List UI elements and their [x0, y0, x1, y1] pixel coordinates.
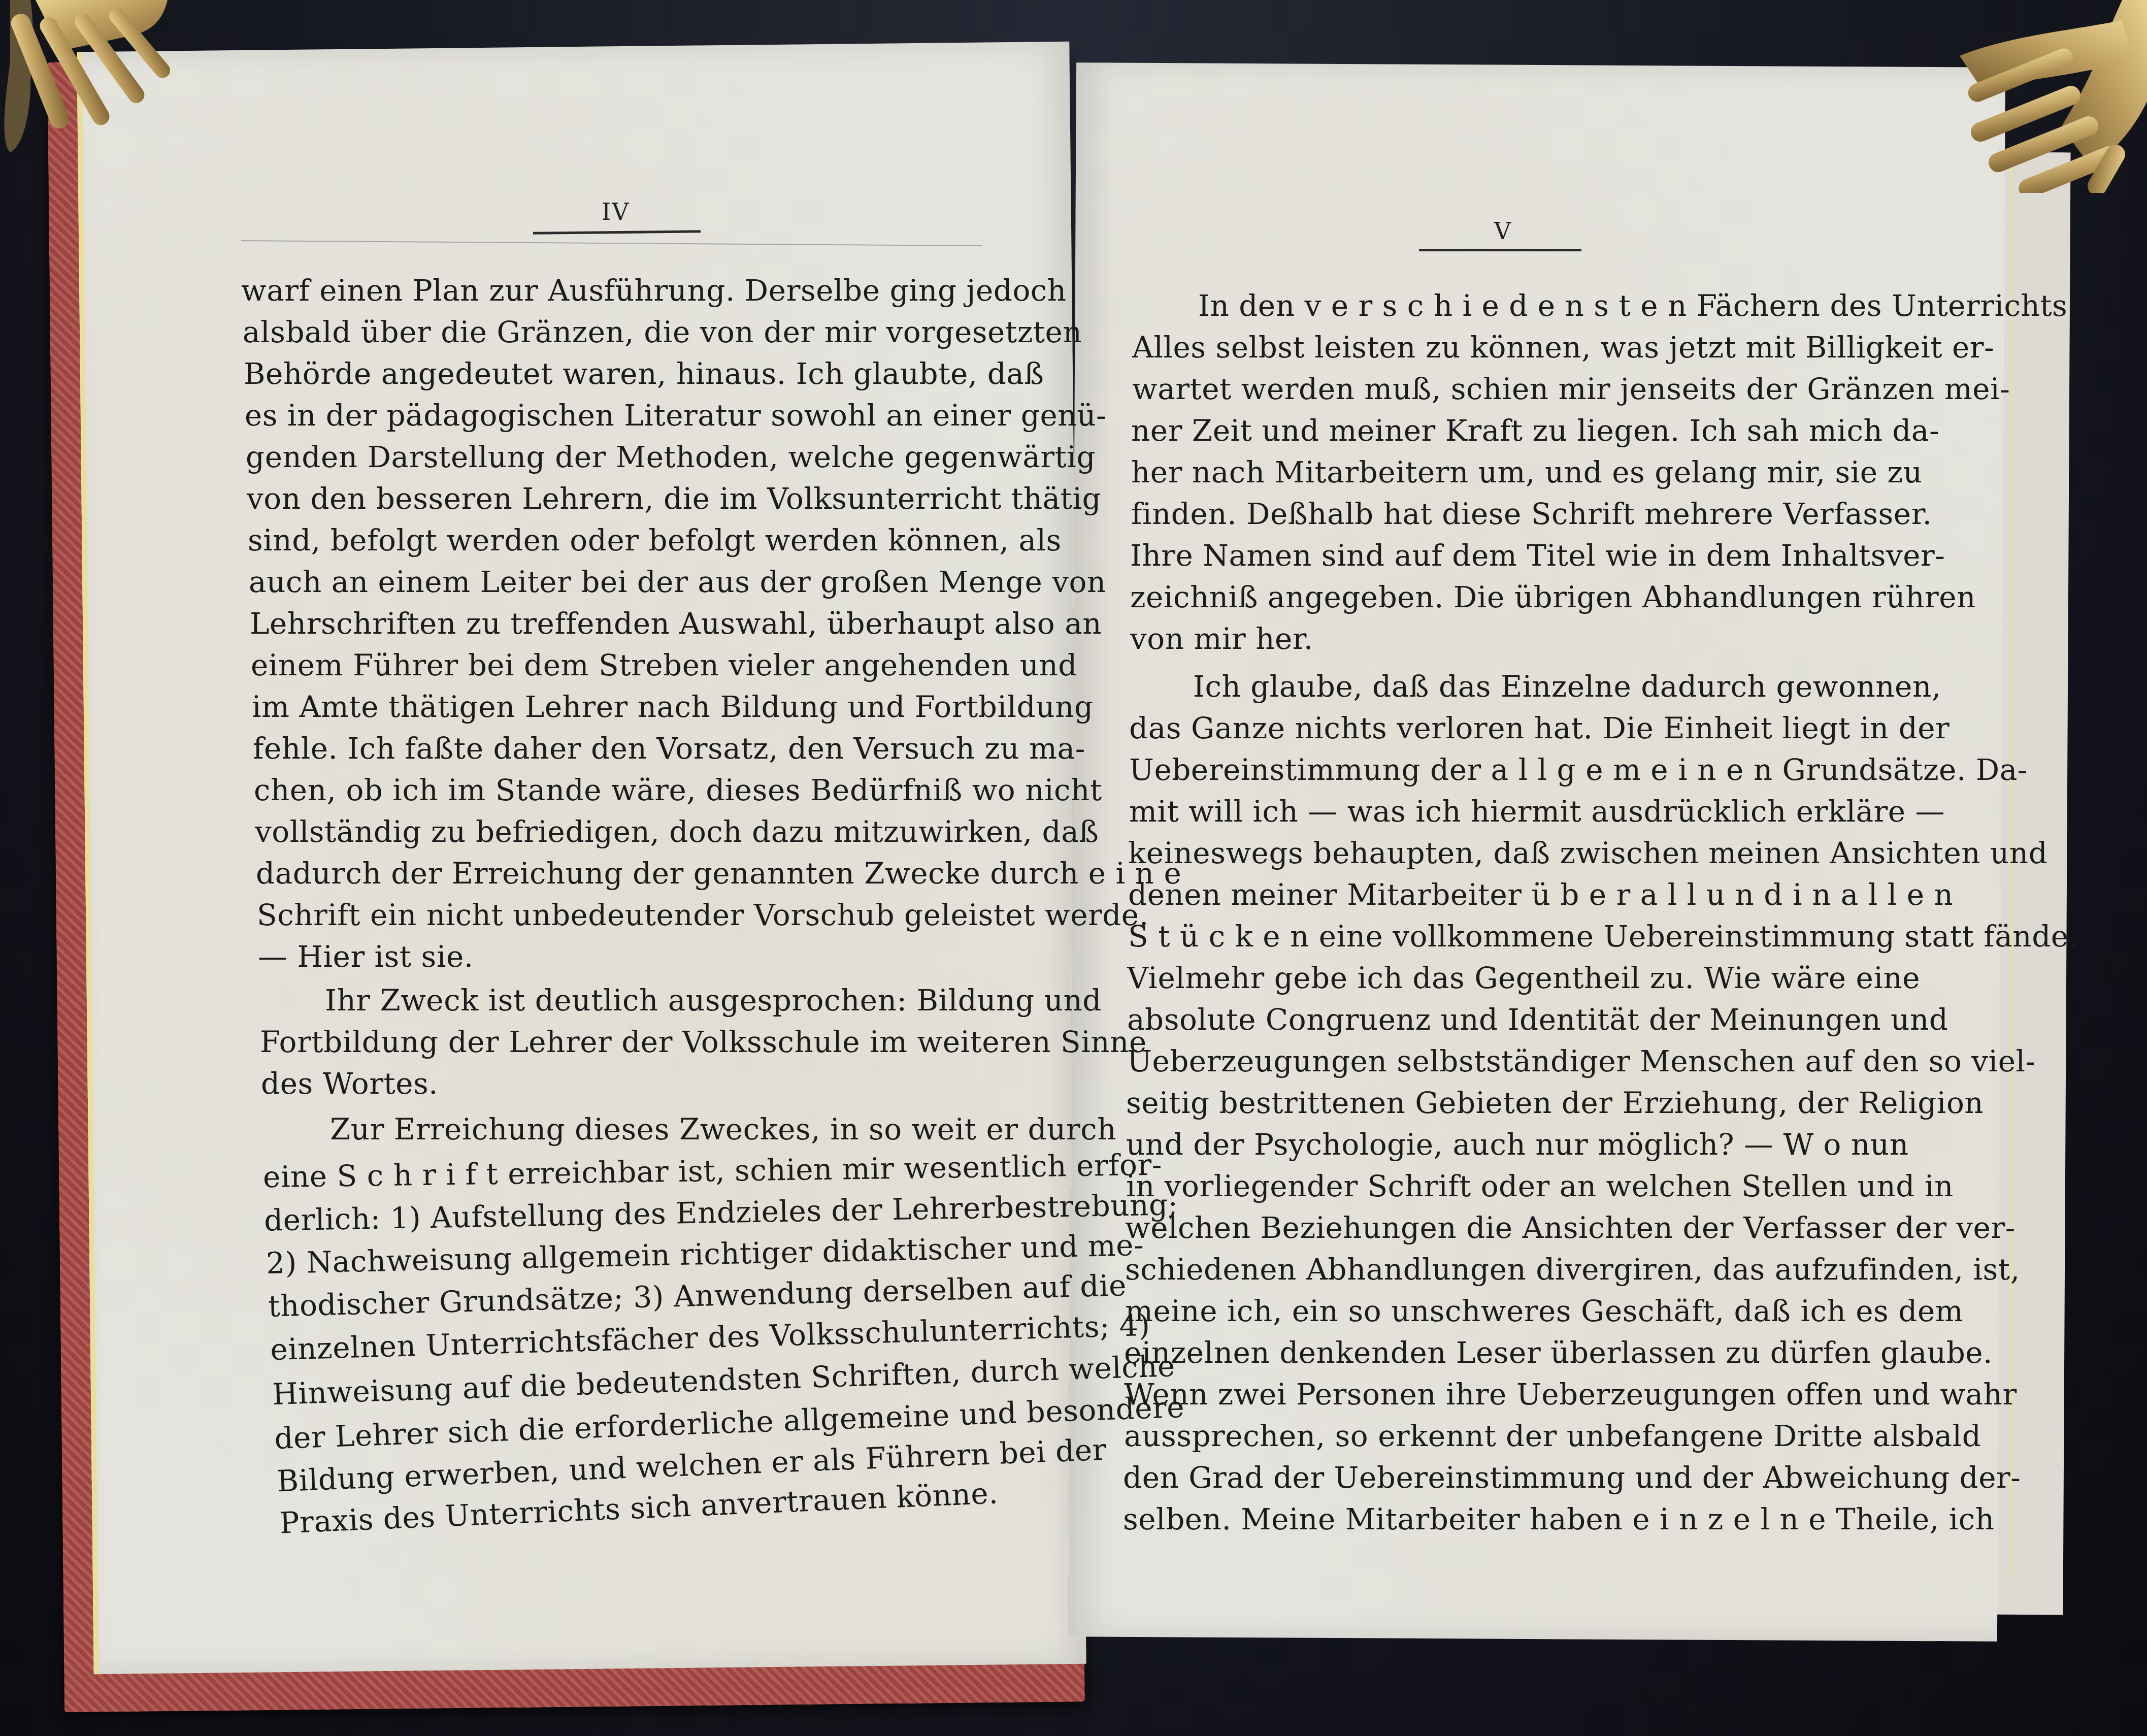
text-line: schiedenen Abhandlungen divergiren, das …	[1125, 1252, 2020, 1287]
text-line: warf einen Plan zur Ausführung. Derselbe…	[241, 273, 1067, 308]
text-line: Ihre Namen sind auf dem Titel wie in dem…	[1130, 538, 1945, 573]
text-line: chen, ob ich im Stande wäre, dieses Bedü…	[254, 773, 1102, 807]
text-line: wartet werden muß, schien mir jenseits d…	[1132, 372, 2010, 406]
text-line: meine ich, ein so unschweres Geschäft, d…	[1125, 1294, 1963, 1328]
text-line: fehle. Ich faßte daher den Vorsatz, den …	[253, 731, 1085, 766]
text-line: Ich glaube, daß das Einzelne dadurch gew…	[1193, 669, 1941, 704]
text-line: S t ü c k e n eine vollkommene Uebereins…	[1128, 919, 2078, 954]
text-line: denen meiner Mitarbeiter ü b e r a l l u…	[1128, 877, 1953, 912]
text-line: Vielmehr gebe ich das Gegentheil zu. Wie…	[1127, 961, 1920, 995]
text-line: in vorliegender Schrift oder an welchen …	[1126, 1169, 1954, 1203]
text-line: das Ganze nichts verloren hat. Die Einhe…	[1129, 711, 1950, 745]
page-edge-line	[2010, 168, 2012, 1574]
text-line: mit will ich — was ich hiermit ausdrückl…	[1129, 794, 1945, 829]
text-line: einzelnen denkenden Leser überlassen zu …	[1124, 1335, 1993, 1370]
text-line: Lehrschriften zu treffenden Auswahl, übe…	[250, 606, 1102, 641]
text-line: welchen Beziehungen die Ansichten der Ve…	[1125, 1210, 2016, 1245]
text-line: einem Führer bei dem Streben vieler ange…	[251, 648, 1077, 682]
text-line: In den v e r s c h i e d e n s t e n Fäc…	[1198, 288, 2067, 323]
text-line: im Amte thätigen Lehrer nach Bildung und…	[252, 690, 1094, 724]
text-line: vollständig zu befriedigen, doch dazu mi…	[255, 814, 1099, 849]
text-line: zeichniß angegeben. Die übrigen Abhandlu…	[1130, 580, 1976, 614]
text-line: Wenn zwei Personen ihre Ueberzeugungen o…	[1124, 1377, 2017, 1412]
text-line: ner Zeit und meiner Kraft zu liegen. Ich…	[1131, 413, 1939, 448]
text-line: Alles selbst leisten zu können, was jetz…	[1132, 330, 1994, 365]
text-line: — Hier ist sie.	[258, 939, 474, 974]
text-line: von mir her.	[1130, 621, 1313, 656]
text-line: keineswegs behaupten, daß zwischen meine…	[1128, 836, 2047, 870]
text-line: des Wortes.	[261, 1066, 438, 1101]
text-line: absolute Congruenz und Identität der Mei…	[1127, 1002, 1948, 1037]
text-line: Ueberzeugungen selbstständiger Menschen …	[1127, 1044, 2036, 1078]
page-number-right: V	[1494, 217, 1512, 245]
text-line: Uebereinstimmung der a l l g e m e i n e…	[1129, 752, 2028, 787]
text-line: von den besseren Lehrern, die im Volksun…	[247, 481, 1101, 516]
header-rule-right	[1419, 249, 1581, 251]
text-line: alsbald über die Gränzen, die von der mi…	[243, 315, 1082, 349]
text-line: selben. Meine Mitarbeiter haben e i n z …	[1123, 1502, 1995, 1536]
text-line: Schrift ein nicht unbedeutender Vorschub…	[257, 898, 1149, 932]
text-line: dadurch der Erreichung der genannten Zwe…	[256, 856, 1181, 891]
text-line: genden Darstellung der Methoden, welche …	[246, 440, 1096, 474]
text-line: es in der pädagogischen Literatur sowohl…	[245, 398, 1106, 433]
text-line: den Grad der Uebereinstimmung und der Ab…	[1123, 1460, 2021, 1495]
text-line: Ihr Zweck ist deutlich ausgesprochen: Bi…	[325, 983, 1102, 1018]
text-line: Zur Erreichung dieses Zweckes, in so wei…	[330, 1112, 1116, 1147]
text-line: seitig bestrittenen Gebieten der Erziehu…	[1126, 1086, 1984, 1120]
text-line: Behörde angedeutet waren, hinaus. Ich gl…	[244, 356, 1044, 391]
text-line: und der Psychologie, auch nur möglich? —…	[1126, 1127, 1909, 1162]
brass-hand-clip-left-icon	[0, 0, 213, 162]
text-line: sind, befolgt werden oder befolgt werden…	[248, 523, 1062, 558]
page-number-left: IV	[602, 198, 630, 225]
text-line: aussprechen, so erkennt der unbefangene …	[1124, 1419, 1981, 1453]
brass-hand-clip-right-icon	[1909, 0, 2147, 193]
text-line: her nach Mitarbeitern um, und es gelang …	[1131, 455, 1923, 489]
text-line: finden. Deßhalb hat diese Schrift mehrer…	[1131, 497, 1932, 531]
text-line: auch an einem Leiter bei der aus der gro…	[249, 565, 1106, 599]
text-line: Fortbildung der Lehrer der Volksschule i…	[260, 1025, 1147, 1059]
